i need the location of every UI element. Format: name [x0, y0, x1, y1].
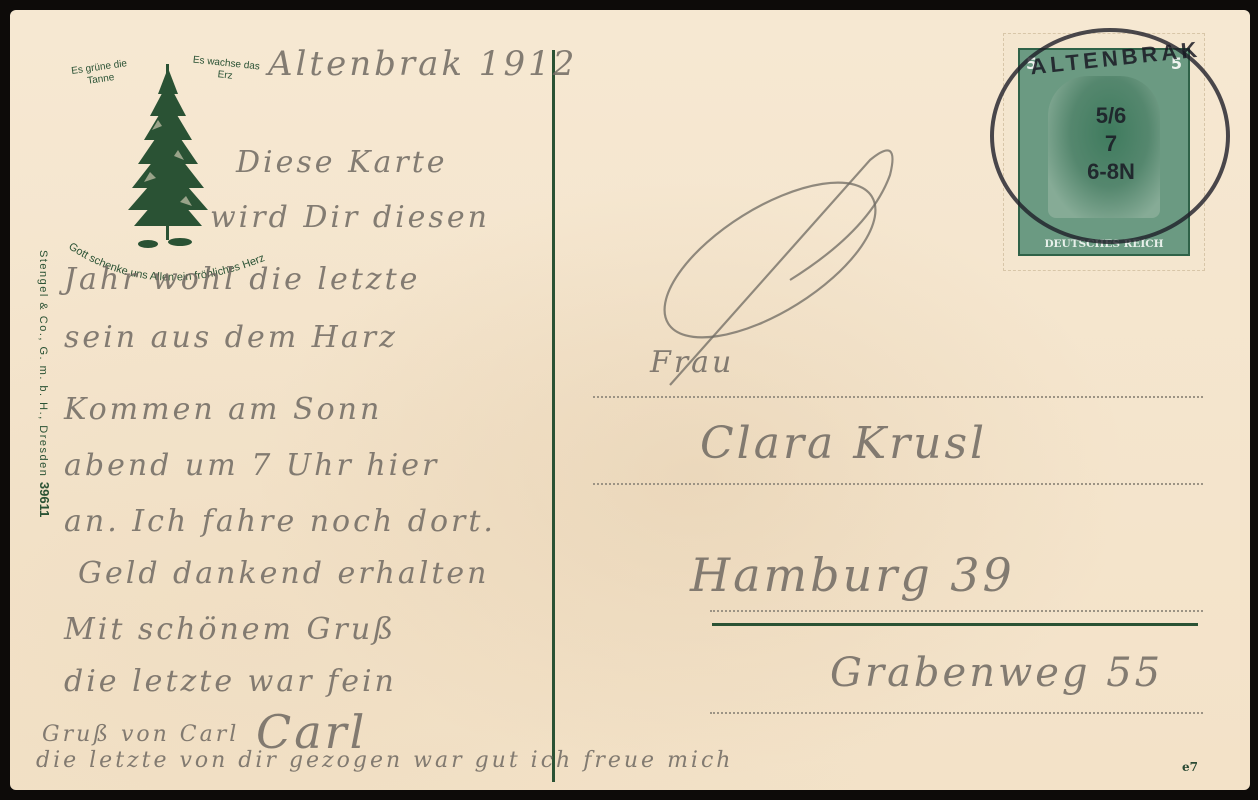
message-line: Jahr wohl die letzte [64, 262, 420, 297]
center-divider [552, 50, 555, 782]
handwritten-place-date: Altenbrak 1912 [268, 44, 577, 84]
address-salutation: Frau [650, 345, 734, 380]
message-line: Diese Karte [236, 145, 448, 180]
publisher-number: 39611 [37, 482, 52, 517]
address-line-2 [593, 483, 1203, 485]
address-name: Clara Krusl [700, 418, 987, 469]
publisher-name: Stengel & Co., G. m. b. H., Dresden [37, 250, 49, 477]
publisher-imprint: Stengel & Co., G. m. b. H., Dresden 3961… [36, 250, 52, 630]
message-line: Kommen am Sonn [64, 392, 382, 427]
postmark-date-line1: 5/6 [1056, 102, 1166, 130]
message-line: Geld dankend erhalten [78, 556, 490, 591]
message-line: abend um 7 Uhr hier [64, 448, 439, 483]
address-city: Hamburg 39 [690, 548, 1015, 602]
message-line: an. Ich fahre noch dort. [64, 504, 496, 539]
postmark-date-line3: 6-8N [1056, 158, 1166, 186]
address-line-1 [593, 396, 1203, 398]
message-line: sein aus dem Harz [64, 320, 398, 355]
message-line: die letzte war fein [64, 664, 397, 699]
address-line-3 [710, 610, 1203, 612]
address-street: Grabenweg 55 [830, 650, 1163, 696]
print-code: e7 [1182, 760, 1198, 774]
side-note: Gruß von Carl [42, 722, 239, 747]
postmark-date-line2: 7 [1056, 130, 1166, 158]
address-underline-rule [712, 623, 1198, 626]
postmark-town: ALTENBRAK [1029, 38, 1191, 81]
postmark-cancel: ALTENBRAK 5/6 7 6-8N [990, 28, 1230, 244]
message-line: wird Dir diesen [210, 200, 490, 235]
message-line: Mit schönem Gruß [64, 612, 396, 647]
fir-tree-icon [118, 60, 218, 250]
address-line-4 [710, 712, 1203, 714]
bottom-note: die letzte von dir gezogen war gut ich f… [36, 748, 733, 773]
postmark-date: 5/6 7 6-8N [1056, 102, 1166, 186]
